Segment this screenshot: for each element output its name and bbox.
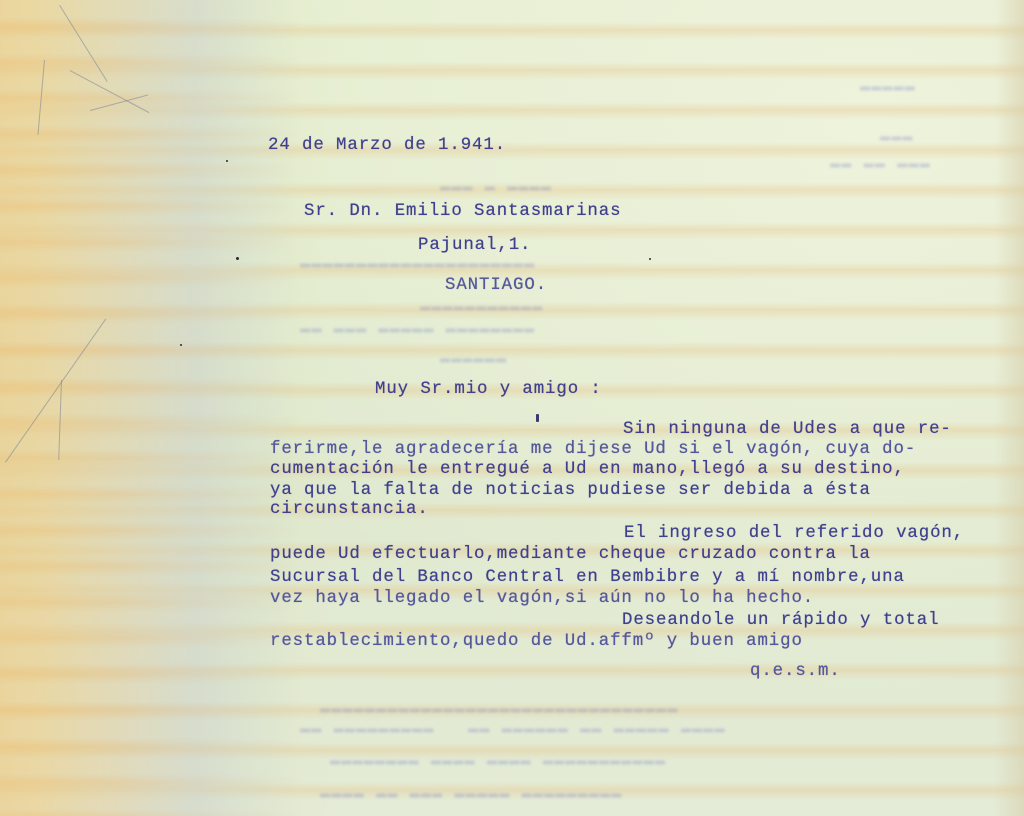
show-through-text: ▬▬▬▬▬▬ [440,350,507,369]
paragraph-line: circunstancia. [270,500,429,519]
scanned-letter-page: ▬▬▬▬▬ ▬▬▬ ▬▬ ▬▬ ▬▬▬ ▬▬▬ ▬ ▬▬▬▬ ▬▬▬▬▬▬▬▬▬… [0,0,1024,816]
paragraph-line: ya que la falta de noticias pudiese ser … [270,481,871,500]
paragraph-line: Deseandole un rápido y total [622,611,939,630]
show-through-text: ▬▬▬ [880,128,914,147]
show-through-text: ▬▬▬▬▬▬▬▬ ▬▬▬▬ ▬▬▬▬ ▬▬▬▬▬▬▬▬▬▬▬ [330,752,666,771]
show-through-text: ▬▬▬▬ ▬▬ ▬▬▬ ▬▬▬▬▬ ▬▬▬▬▬▬▬▬▬ [320,785,622,804]
show-through-text: ▬▬▬▬▬▬▬▬▬▬▬ [420,298,543,317]
show-through-text: ▬▬ ▬▬▬▬▬▬▬▬▬ ▬▬ ▬▬▬▬▬▬ ▬▬ ▬▬▬▬▬ ▬▬▬▬ [300,720,726,739]
paragraph-line: Sucursal del Banco Central en Bembibre y… [270,568,905,587]
salutation: Muy Sr.mio y amigo : [375,380,602,399]
show-through-text: ▬▬▬▬▬▬▬▬▬▬▬▬▬▬▬▬▬▬▬▬▬ [300,255,535,274]
closing: q.e.s.m. [750,662,841,681]
letter-date: 24 de Marzo de 1.941. [268,136,506,155]
paper-edge [994,0,1024,816]
paper-speck [649,258,651,260]
paragraph-line: vez haya llegado el vagón,si aún no lo h… [270,589,814,608]
paragraph-line: cumentación le entregué a Ud en mano,lle… [270,460,905,479]
recipient-address: Pajunal,1. [418,236,531,255]
paragraph-line: restablecimiento,quedo de Ud.affmº y bue… [270,632,803,651]
show-through-text: ▬▬ ▬▬ ▬▬▬ [830,155,931,174]
paper-discoloration [40,0,300,816]
paper-speck [226,160,228,162]
show-through-text: ▬▬▬▬▬▬▬▬▬▬▬▬▬▬▬▬▬▬▬▬▬▬▬▬▬▬▬▬▬▬▬▬ [320,700,678,719]
paper-speck [180,344,182,346]
recipient-city: SANTIAGO. [445,276,547,295]
recipient-name: Sr. Dn. Emilio Santasmarinas [304,202,621,221]
paper-speck [536,414,539,422]
paper-speck [236,257,239,260]
show-through-text: ▬▬▬ ▬ ▬▬▬▬ [440,178,552,197]
show-through-text: ▬▬▬▬▬ [860,78,916,97]
show-through-text: ▬▬ ▬▬▬ ▬▬▬▬▬ ▬▬▬▬▬▬▬▬ [300,320,535,339]
paragraph-line: El ingreso del referido vagón, [624,524,964,543]
paragraph-line: Sin ninguna de Udes a que re- [623,420,952,439]
paragraph-line: puede Ud efectuarlo,mediante cheque cruz… [270,545,871,564]
paragraph-line: ferirme,le agradecería me dijese Ud si e… [270,440,916,459]
